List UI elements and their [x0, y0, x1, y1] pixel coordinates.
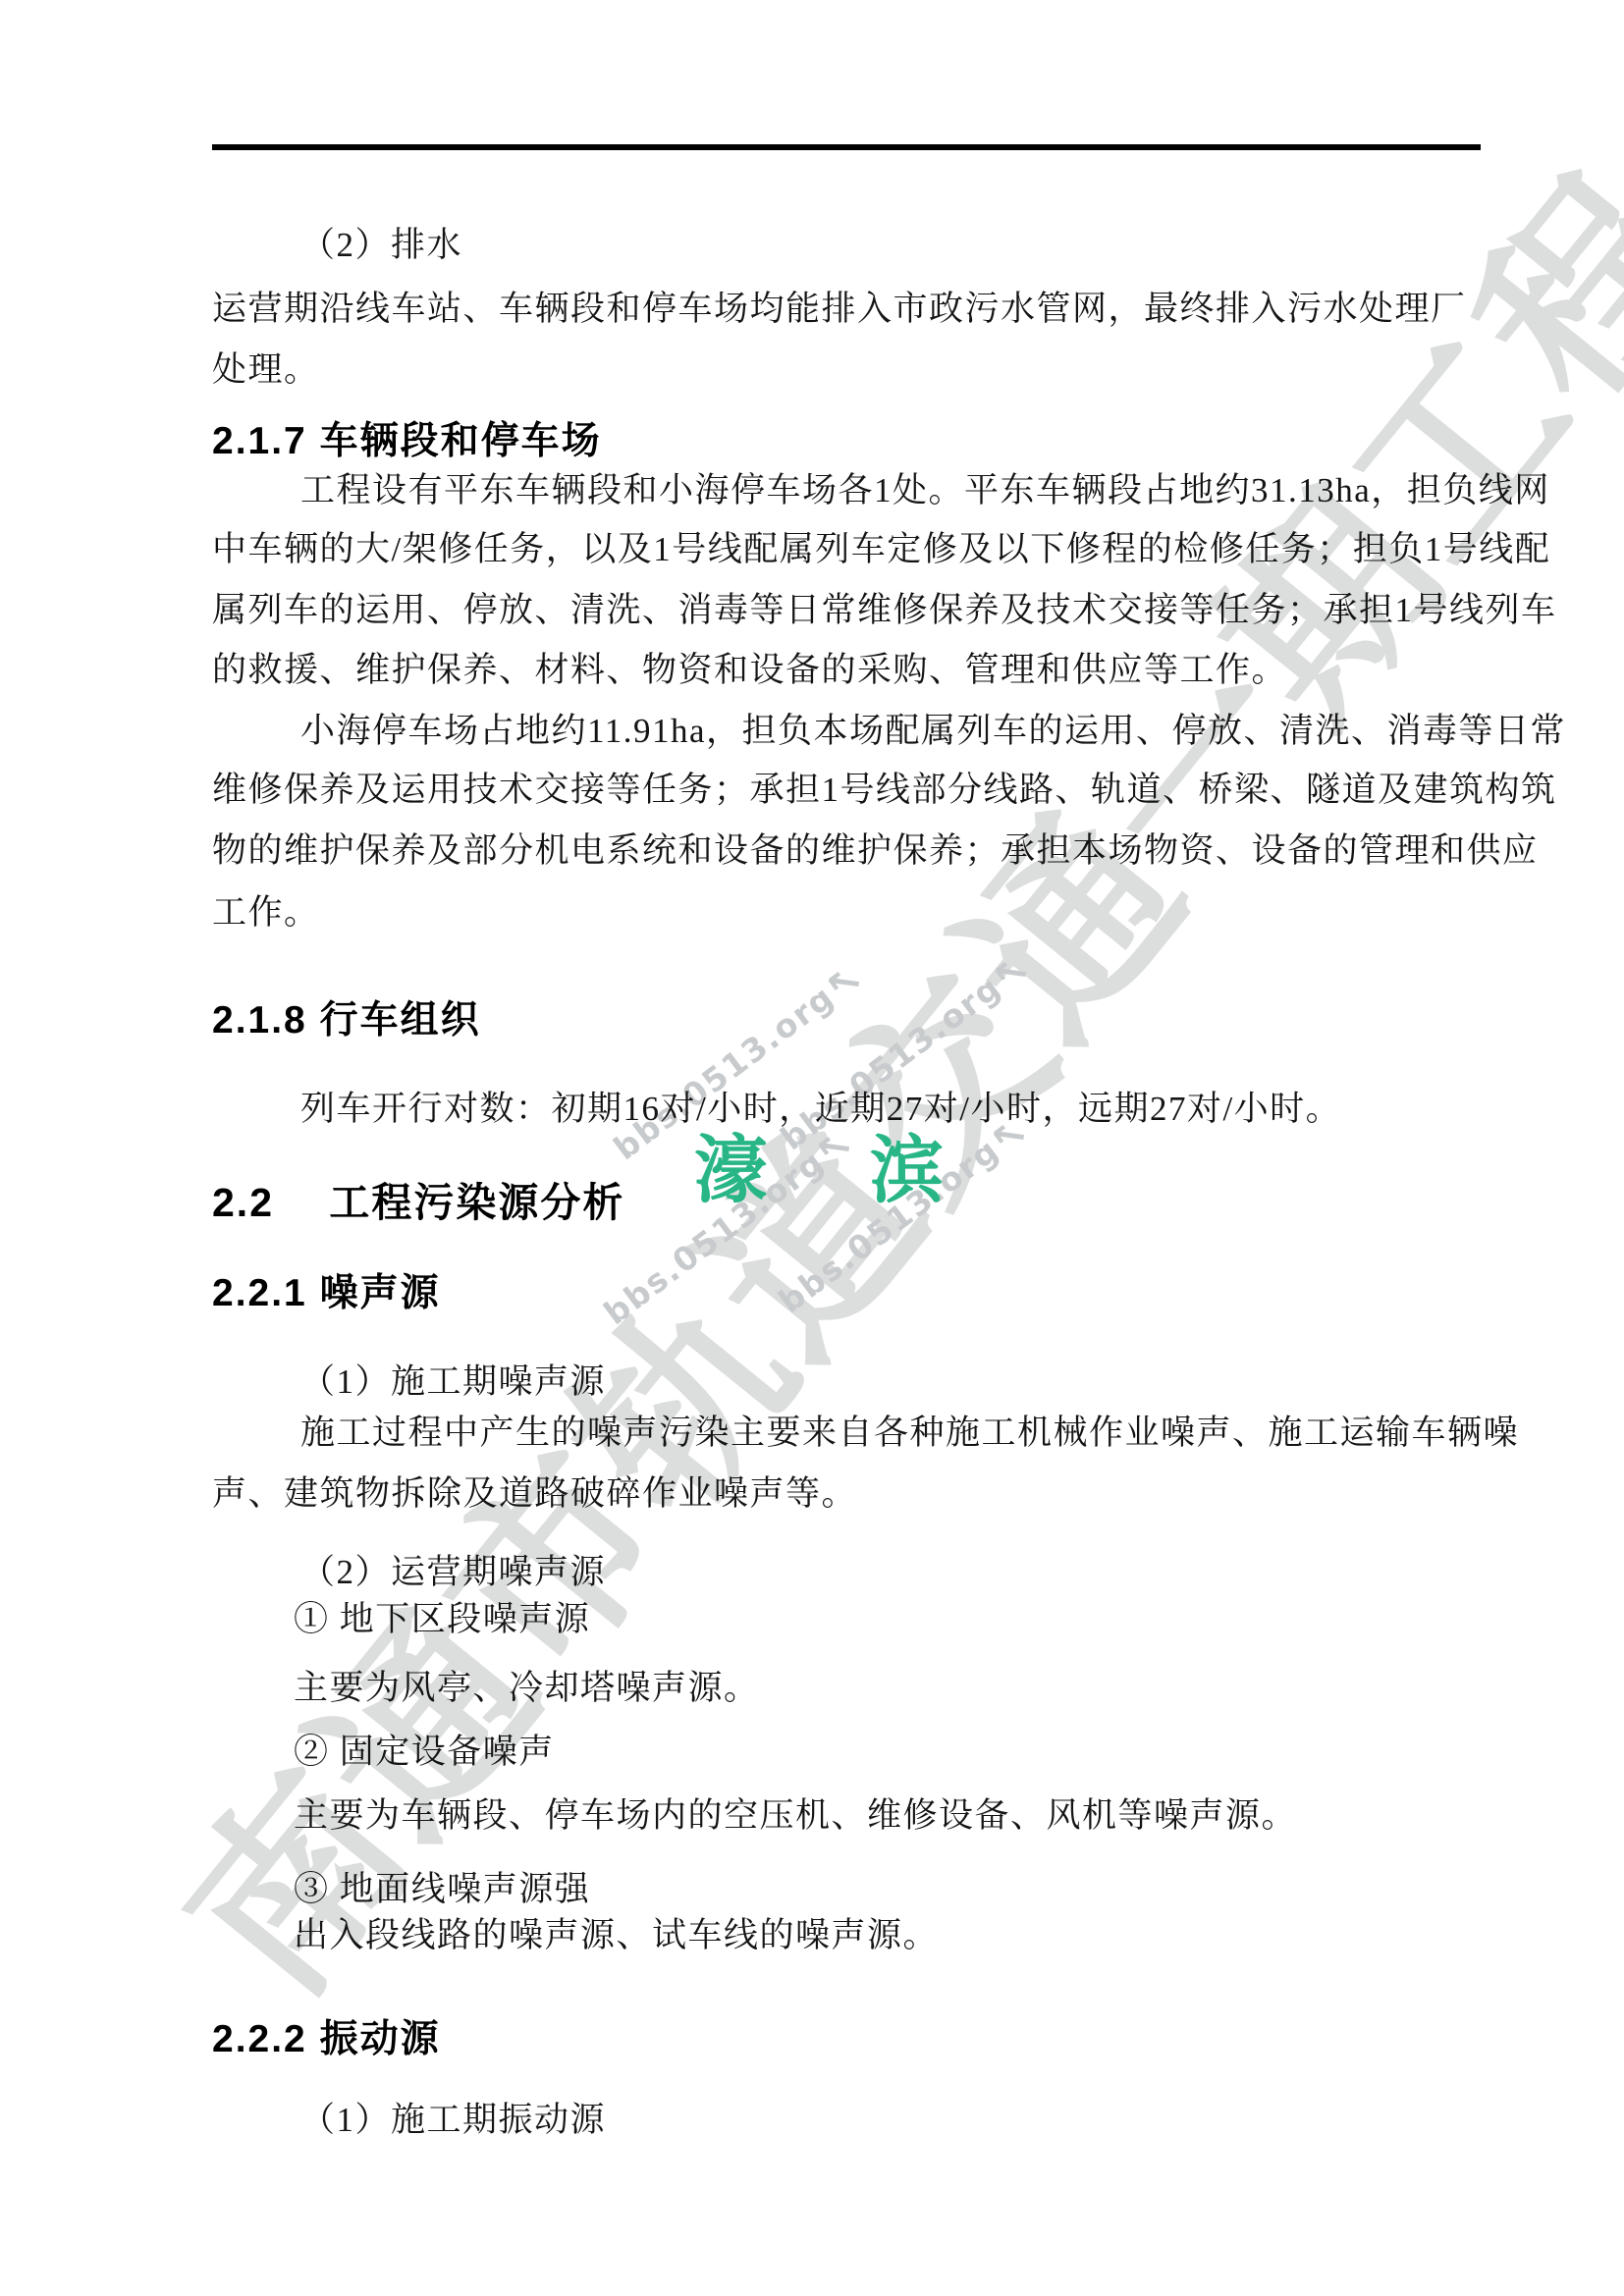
- document-text: （2）排水 运营期沿线车站、车辆段和停车场均能排入市政污水管网，最终排入污水处理…: [0, 0, 1624, 2296]
- text-line: （2）排水: [300, 218, 462, 267]
- text-line: 小海停车场占地约11.91ha，担负本场配属列车的运用、停放、清洗、消毒等日常: [300, 704, 1566, 753]
- section-heading: 2.2.2 振动源: [212, 2008, 441, 2063]
- text-line: ② 固定设备噪声: [294, 1725, 555, 1774]
- text-line: （1）施工期噪声源: [300, 1355, 606, 1404]
- text-line: （2）运营期噪声源: [300, 1545, 606, 1594]
- text-line: 声、建筑物拆除及道路破碎作业噪声等。: [212, 1467, 857, 1516]
- text-line: 施工过程中产生的噪声污染主要来自各种施工机械作业噪声、施工运输车辆噪: [300, 1406, 1519, 1455]
- text-line: 的救援、维护保养、材料、物资和设备的采购、管理和供应等工作。: [212, 643, 1287, 692]
- section-heading: 2.1.8 行车组织: [212, 989, 481, 1044]
- text-line: 列车开行对数：初期16对/小时，近期27对/小时，远期27对/小时。: [300, 1082, 1341, 1131]
- section-heading: 2.2 工程污染源分析: [212, 1170, 624, 1228]
- text-line: 属列车的运用、停放、清洗、消毒等日常维修保养及技术交接等任务；承担1号线列车: [212, 583, 1557, 632]
- text-line: 主要为风亭、冷却塔噪声源。: [294, 1661, 760, 1710]
- text-line: 处理。: [212, 343, 320, 392]
- header-rule: [212, 144, 1481, 150]
- text-line: 运营期沿线车站、车辆段和停车场均能排入市政污水管网，最终排入污水处理厂: [212, 282, 1467, 331]
- text-line: （1）施工期振动源: [300, 2093, 606, 2142]
- text-line: 出入段线路的噪声源、试车线的噪声源。: [294, 1908, 939, 1957]
- text-line: 主要为车辆段、停车场内的空压机、维修设备、风机等噪声源。: [294, 1789, 1297, 1838]
- text-line: ① 地下区段噪声源: [294, 1592, 590, 1641]
- text-line: 维修保养及运用技术交接等任务；承担1号线部分线路、轨道、桥梁、隧道及建筑构筑: [212, 763, 1557, 812]
- text-line: 工程设有平东车辆段和小海停车场各1处。平东车辆段占地约31.13ha，担负线网: [300, 463, 1550, 512]
- text-line: 工作。: [212, 885, 320, 934]
- section-heading: 2.2.1 噪声源: [212, 1262, 441, 1317]
- section-heading: 2.1.7 车辆段和停车场: [212, 410, 602, 465]
- text-line: 物的维护保养及部分机电系统和设备的维护保养；承担本场物资、设备的管理和供应: [212, 824, 1539, 873]
- document-page: 南通市轨道交通一期工程 bbs.0513.org↖ bbs.0513.org↖ …: [0, 0, 1624, 2296]
- text-line: ③ 地面线噪声源强: [294, 1862, 590, 1911]
- text-line: 中车辆的大/架修任务，以及1号线配属列车定修及以下修程的检修任务；担负1号线配: [212, 522, 1550, 571]
